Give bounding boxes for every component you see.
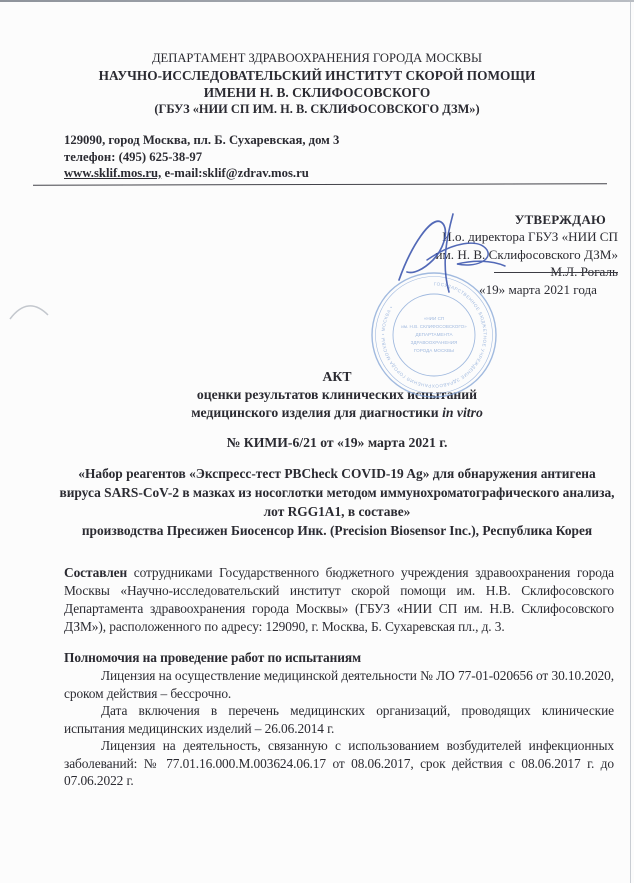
contact-address: 129090, город Москва, пл. Б. Сухаревская… bbox=[64, 132, 634, 149]
letterhead: ДЕПАРТАМЕНТ ЗДРАВООХРАНЕНИЯ ГОРОДА МОСКВ… bbox=[0, 0, 634, 118]
contact-web-line: www.sklif.mos.ru, e-mail:sklif@zdrav.mos… bbox=[64, 165, 634, 182]
inclusion-date-paragraph: Дата включения в перечень медицинских ор… bbox=[64, 702, 614, 737]
signature-stroke-1 bbox=[399, 221, 445, 280]
contact-phone: телефон: (495) 625-38-97 bbox=[64, 149, 634, 166]
stamp-center-line-1: «НИИ СП bbox=[424, 316, 444, 321]
approval-block: УТВЕРЖДАЮ И.о. директора ГБУЗ «НИИ СП им… bbox=[0, 211, 618, 299]
signature-stroke-3 bbox=[427, 243, 505, 266]
document-body: Составлен сотрудниками Государственного … bbox=[64, 564, 614, 790]
product-line-1: «Набор реагентов «Экспресс-тест PBCheck … bbox=[50, 464, 624, 483]
subtitle-in-vitro: in vitro bbox=[442, 405, 483, 420]
product-line-2: вируса SARS-CoV-2 в мазках из носоглотки… bbox=[50, 483, 624, 502]
authority-heading: Полномочия на проведение работ по испыта… bbox=[64, 649, 614, 667]
stamp-center-line-2: им. Н.В. СКЛИФОСОВСКОГО» bbox=[401, 324, 467, 329]
letterhead-abbreviation: (ГБУЗ «НИИ СП ИМ. Н. В. СКЛИФОСОВСКОГО Д… bbox=[0, 101, 634, 118]
document-title-block: АКТ оценки результатов клинических испыт… bbox=[50, 368, 624, 422]
letterhead-department: ДЕПАРТАМЕНТ ЗДРАВООХРАНЕНИЯ ГОРОДА МОСКВ… bbox=[0, 50, 634, 67]
license-pathogens-paragraph: Лицензия на деятельность, связанную с ис… bbox=[64, 737, 614, 790]
handwritten-signature bbox=[383, 208, 518, 296]
stamp-center-line-4: ЗДРАВООХРАНЕНИЯ bbox=[411, 340, 458, 345]
letterhead-divider bbox=[33, 183, 607, 186]
contact-website: www.sklif.mos.ru, bbox=[64, 166, 161, 180]
compiled-paragraph: Составлен сотрудниками Государственного … bbox=[64, 564, 614, 636]
subtitle-regular: медицинского изделия для диагностики bbox=[191, 405, 442, 420]
document-subtitle-1: оценки результатов клинических испытаний bbox=[50, 386, 624, 404]
letterhead-institute-name: ИМЕНИ Н. В. СКЛИФОСОВСКОГО bbox=[0, 84, 634, 101]
hole-punch-mark bbox=[6, 293, 52, 327]
product-line-4: производства Пресижен Биосенсор Инк. (Pr… bbox=[50, 521, 624, 540]
approval-position-line1: И.о. директора ГБУЗ «НИИ СП bbox=[0, 228, 618, 246]
compiled-lead-word: Составлен bbox=[64, 565, 127, 580]
signature-stroke-2 bbox=[445, 214, 453, 292]
contact-block: 129090, город Москва, пл. Б. Сухаревская… bbox=[64, 132, 634, 182]
letterhead-institute: НАУЧНО-ИССЛЕДОВАТЕЛЬСКИЙ ИНСТИТУТ СКОРОЙ… bbox=[0, 67, 634, 84]
stamp-center-line-5: ГОРОДА МОСКВЫ bbox=[414, 348, 454, 353]
document-number: № КИМИ-6/21 от «19» марта 2021 г. bbox=[50, 435, 624, 451]
scan-edge-top bbox=[0, 0, 634, 2]
hole-punch-arc bbox=[10, 306, 48, 319]
approval-position-line2: им. Н. В. Склифосовского ДЗМ» bbox=[0, 246, 618, 264]
scanned-document-page: ДЕПАРТАМЕНТ ЗДРАВООХРАНЕНИЯ ГОРОДА МОСКВ… bbox=[0, 0, 634, 883]
product-designation: «Набор реагентов «Экспресс-тест PBCheck … bbox=[50, 464, 624, 540]
document-title: АКТ bbox=[50, 368, 624, 386]
approval-signature-row: М.Л. Рогаль bbox=[0, 263, 618, 281]
stamp-center-line-3: ДЕПАРТАМЕНТА bbox=[415, 332, 453, 337]
document-subtitle-2: медицинского изделия для диагностики in … bbox=[50, 404, 624, 422]
scan-edge-right bbox=[630, 2, 631, 883]
license-medical-paragraph: Лицензия на осуществление медицинской де… bbox=[64, 667, 614, 702]
approval-title: УТВЕРЖДАЮ bbox=[0, 211, 618, 229]
compiled-text: сотрудниками Государственного бюджетного… bbox=[64, 565, 614, 634]
product-line-3: лот RGG1A1, в составе» bbox=[50, 502, 624, 521]
approval-date: «19» марта 2021 года bbox=[0, 281, 618, 299]
contact-email: e-mail:sklif@zdrav.mos.ru bbox=[161, 166, 308, 180]
